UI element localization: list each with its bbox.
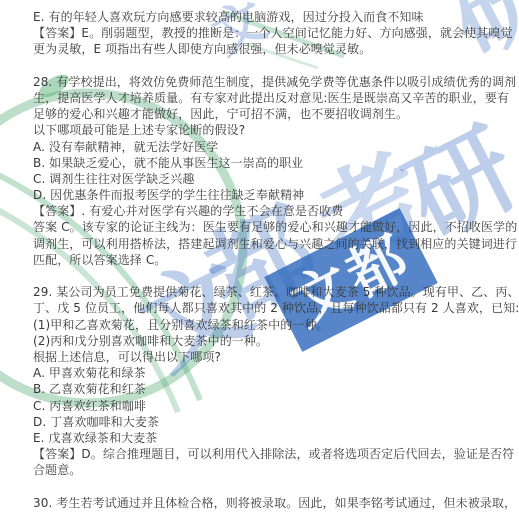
text-line: 更为灵敏，E 项指出有些人即使方向感很强，但未必嗅觉灵敏。	[33, 40, 493, 56]
document-page: 文都考研 文都 研 文 E. 有的年轻人喜欢玩方向感要求较高的电脑游戏，因过分投…	[0, 0, 519, 515]
text-line	[33, 267, 493, 283]
text-line: D. 丁喜欢咖啡和大麦茶	[33, 413, 493, 429]
text-line: A. 没有奉献精神，就无法学好医学	[33, 138, 493, 154]
text-line	[33, 57, 493, 73]
text-line: 丁、戊 5 位员工，他们每人都只喜欢其中的 2 种饮品，且每种饮品都只有 2 人…	[33, 299, 493, 315]
text-line: C. 调剂生往往对医学缺乏兴趣	[33, 170, 493, 186]
text-line: 以下哪项最可能是上述专家论断的假设?	[33, 121, 493, 137]
text-line: A. 甲喜欢菊花和绿茶	[33, 364, 493, 380]
text-line: 28. 有学校提出，将效仿免费师范生制度，提供减免学费等优惠条件以吸引成绩优秀的…	[33, 73, 493, 89]
text-line: 调剂生，可以利用搭桥法，搭建起调剂生和爱心与兴趣之间的关联，找到相应的关键词进行	[33, 235, 493, 251]
text-line: E. 有的年轻人喜欢玩方向感要求较高的电脑游戏，因过分投入而食不知味	[33, 8, 493, 24]
text-line: C. 丙喜欢红茶和咖啡	[33, 397, 493, 413]
document-text: E. 有的年轻人喜欢玩方向感要求较高的电脑游戏，因过分投入而食不知味【答案】E。…	[33, 8, 493, 510]
text-line: 足够的爱心和兴趣才能做好，因此，宁可招不满，也不要招收调剂生。	[33, 105, 493, 121]
text-line: 29. 某公司为员工免费提供菊花、绿茶、红茶、咖啡和大麦茶 5 种饮品。现有甲、…	[33, 283, 493, 299]
text-line	[33, 477, 493, 493]
text-line: 【答案】D。综合推理题目，可以利用代入排除法，或者将选项否定后代回去，验证是否符	[33, 445, 493, 461]
text-line: 根据上述信息，可以得出以下哪项?	[33, 348, 493, 364]
text-line: 【答案】. 有爱心并对医学有兴趣的学生不会在意是否收费	[33, 202, 493, 218]
text-line: 答案 C。该专家的论证主线为：医生要有足够的爱心和兴趣才能做好，因此，不招收医学…	[33, 218, 493, 234]
text-line: 30. 考生若考试通过并且体检合格，则将被录取。因此，如果李铭考试通过，但未被录…	[33, 494, 493, 510]
text-line: (1)甲和乙喜欢菊花，且分别喜欢绿茶和红茶中的一种。	[33, 316, 493, 332]
text-line: (2)丙和戊分别喜欢咖啡和大麦茶中的一种。	[33, 332, 493, 348]
text-line: B. 乙喜欢菊花和红茶	[33, 380, 493, 396]
text-line: 匹配，所以答案选择 C。	[33, 251, 493, 267]
text-line: B. 如果缺乏爱心，就不能从事医生这一崇高的职业	[33, 154, 493, 170]
text-line: 合题意。	[33, 461, 493, 477]
text-line: E. 戊喜欢绿茶和大麦茶	[33, 429, 493, 445]
text-line: D. 因优惠条件而报考医学的学生往往缺乏奉献精神	[33, 186, 493, 202]
text-line: 【答案】E。削弱题型，教授的推断是：一个人空间记忆能力好、方向感强，就会使其嗅觉	[33, 24, 493, 40]
text-line: 生，提高医学人才培养质量。有专家对此提出反对意见:医生是既崇高又辛苦的职业，要有	[33, 89, 493, 105]
